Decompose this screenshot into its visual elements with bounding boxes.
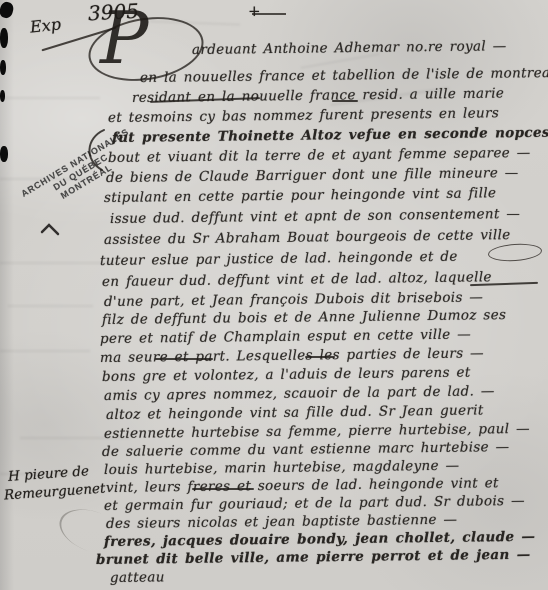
paper-streak [0, 350, 90, 352]
film-mark [0, 28, 8, 48]
film-mark [0, 146, 8, 162]
manuscript-line: fut presente Thoinette Altoz vefue en se… [112, 126, 548, 145]
film-mark [0, 1, 15, 20]
manuscript-line: ardeuant Anthoine Adhemar no.re royal — [192, 40, 507, 57]
circled-word-mark [487, 242, 542, 263]
manuscript-line: pere et natif de Champlain esput en cett… [100, 328, 471, 346]
manuscript-line: en faueur dud. deffunt vint et de lad. a… [102, 271, 492, 289]
ink-check-mark [40, 222, 62, 236]
manuscript-page: 3905 Exp + P ARCHIVES NATIONALES DU QUÉB… [0, 0, 548, 590]
exp-annotation: Exp [29, 14, 62, 36]
manuscript-line: en la nouuelles france et tabellion de l… [140, 67, 548, 86]
manuscript-line: de saluerie comme du vant estienne marc … [102, 441, 510, 459]
strikethrough-mark [192, 488, 254, 490]
manuscript-line: issue dud. deffunt vint et apnt de son c… [110, 208, 520, 227]
manuscript-line: stipulant en cette partie pour heingonde… [104, 187, 497, 205]
strikethrough-mark [332, 100, 358, 102]
paragraph-flourish [82, 128, 108, 174]
manuscript-line: ma seure et part. Lesquelles les parties… [100, 347, 484, 365]
manuscript-line: et germain fur gouriaud; et de la part d… [104, 495, 525, 514]
manuscript-line: bout et viuant dit la terre de et ayant … [108, 147, 531, 166]
manuscript-line: bons gre et volontez, a l'aduis de leurs… [102, 366, 471, 384]
manuscript-line: altoz et heingonde vint sa fille dud. Sr… [106, 404, 484, 422]
paper-streak [8, 305, 93, 307]
manuscript-line: residant en la nouuelle france resid. a … [132, 87, 504, 105]
strikethrough-mark [305, 356, 335, 358]
cross-mark-glyph: + [248, 2, 259, 20]
manuscript-line: brunet dit belle ville, ame pierre perro… [96, 549, 531, 568]
film-mark [0, 60, 6, 75]
manuscript-line: d'une part, et Jean françois Dubois dit … [104, 291, 483, 309]
manuscript-line: de biens de Claude Barriguer dont une fi… [106, 167, 519, 186]
paper-streak [0, 97, 100, 99]
manuscript-line: assistee du Sr Abraham Bouat bourgeois d… [104, 229, 511, 247]
manuscript-line: vint, leurs freres et soeurs de lad. hei… [106, 477, 499, 495]
manuscript-line: filz de deffunt du bois et de Anne Julie… [102, 309, 506, 327]
cross-mark: + [248, 2, 259, 20]
film-mark [0, 90, 5, 102]
cross-dash [252, 13, 286, 15]
manuscript-line: et tesmoins cy bas nommez furent present… [108, 107, 499, 125]
manuscript-line: amis cy apres nommez, scauoir de la part… [104, 385, 495, 403]
manuscript-line: tuteur eslue par justice de lad. heingon… [100, 251, 458, 269]
strikethrough-mark [155, 358, 213, 360]
manuscript-line: des sieurs nicolas et jean baptiste bast… [106, 514, 457, 532]
manuscript-line: gatteau [110, 571, 165, 585]
manuscript-line: louis hurtebise, marin hurtebise, magdal… [104, 460, 460, 478]
